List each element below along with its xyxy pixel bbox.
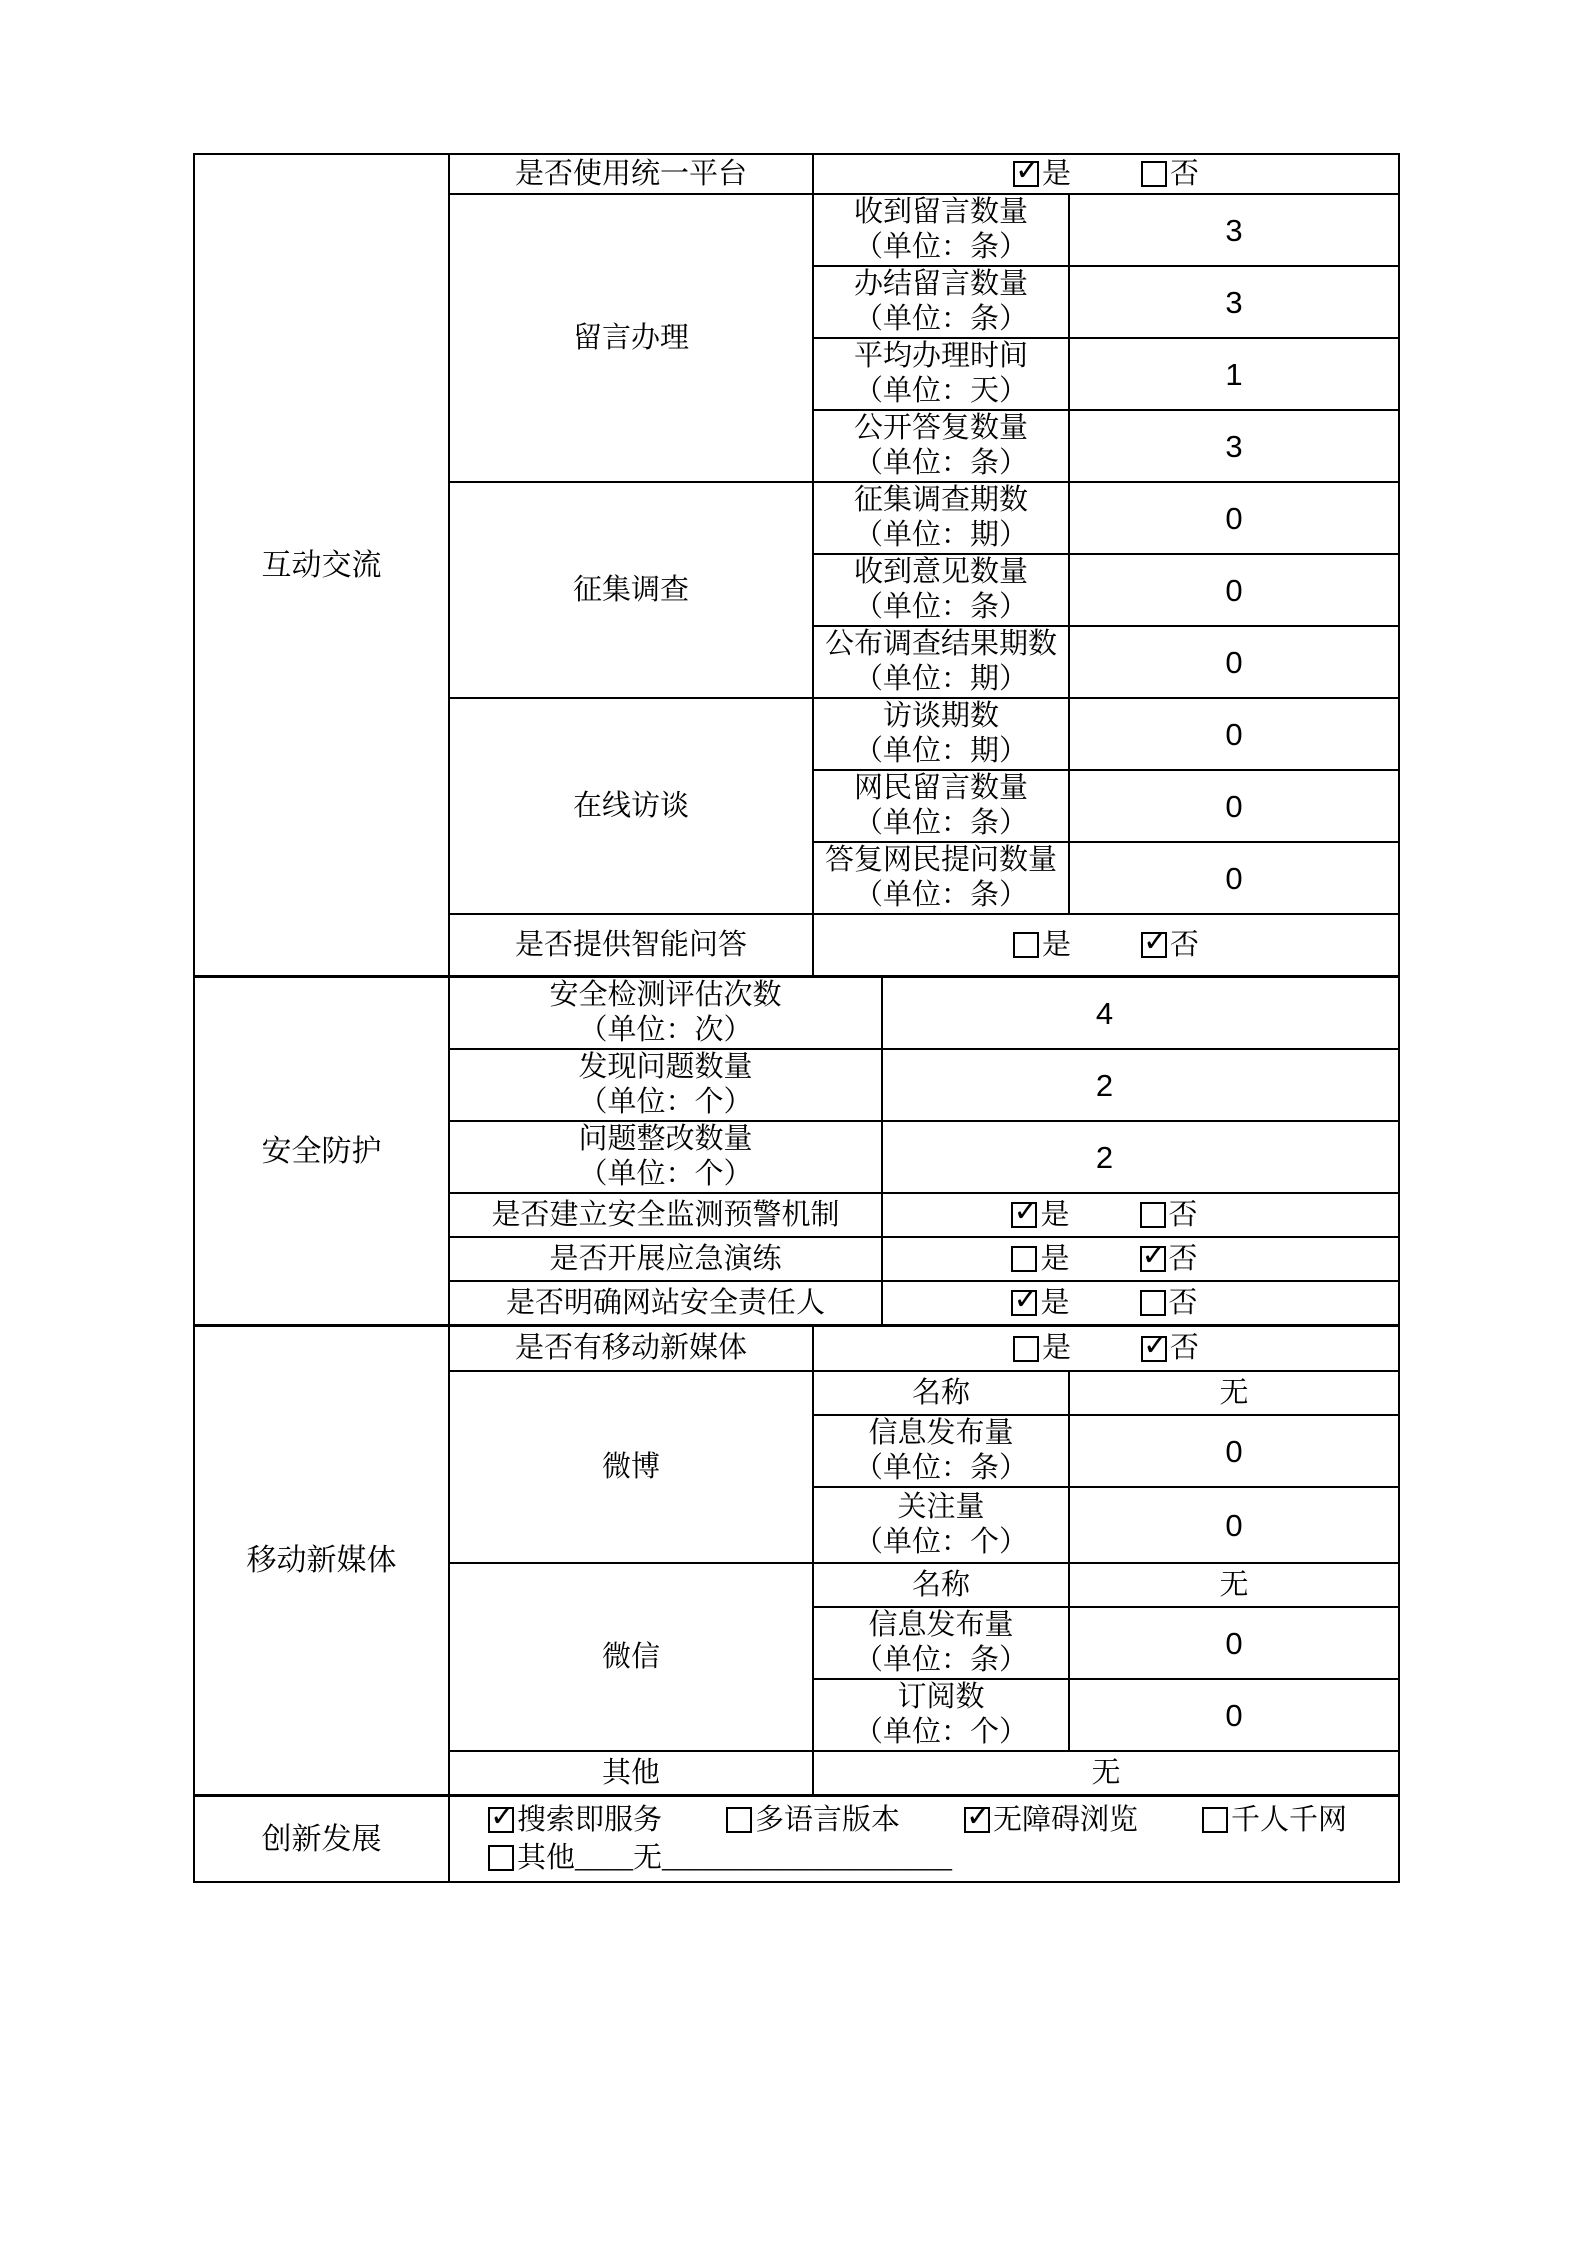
checkbox-cell: 是 否 [882,1237,1399,1281]
value-cell: 4 [882,977,1399,1049]
option-other: 其他 [488,1839,575,1877]
value-cell: 无 [1069,1563,1399,1607]
subcategory-cell-survey: 征集调查 [449,482,813,698]
metric-cell: 订阅数（单位：个） [813,1679,1069,1751]
value-cell: 1 [1069,338,1399,410]
question-label: 是否有移动新媒体 [449,1326,813,1371]
table-row: 互动交流 是否使用统一平台 是 否 [194,154,1399,194]
option-accessibility: 无障碍浏览 [964,1801,1138,1839]
metric-cell: 访谈期数（单位：期） [813,698,1069,770]
metric-cell: 平均办理时间（单位：天） [813,338,1069,410]
section-interaction: 互动交流 是否使用统一平台 是 否 留言办理 收到留言数量（单位：条） 3 办结… [193,153,1400,977]
value-cell: 0 [1069,1679,1399,1751]
no-option: 否 [1141,157,1199,192]
yes-option: 是 [1013,1331,1071,1366]
yes-checkbox-icon [1011,1246,1037,1272]
option-checkbox-icon [488,1845,514,1871]
value-cell: 0 [1069,482,1399,554]
value-cell: 2 [882,1121,1399,1193]
no-label: 否 [1169,1242,1198,1277]
question-label: 是否建立安全监测预警机制 [449,1193,882,1237]
question-label: 是否使用统一平台 [449,154,813,194]
innovation-options-cell: 搜索即服务 多语言版本 无障碍浏览 千人千网 其他____无__________… [449,1796,1399,1882]
checkbox-cell: 是 否 [882,1193,1399,1237]
checkbox-cell: 是 否 [813,914,1399,976]
no-option: 否 [1140,1286,1198,1321]
option-checkbox-icon [488,1807,514,1833]
yes-label: 是 [1042,928,1071,963]
yes-checkbox-icon [1013,1336,1039,1362]
table-row: 移动新媒体 是否有移动新媒体 是 否 [194,1326,1399,1371]
value-cell: 0 [1069,1487,1399,1563]
blank-line: ____________________ [662,1839,952,1877]
section-security: 安全防护 安全检测评估次数（单位：次） 4 发现问题数量（单位：个） 2 问题整… [193,976,1400,1326]
question-label: 是否开展应急演练 [449,1237,882,1281]
value-cell: 0 [1069,770,1399,842]
no-checkbox-icon [1140,1246,1166,1272]
value-cell: 0 [1069,842,1399,914]
yes-label: 是 [1040,1242,1069,1277]
table-row: 创新发展 搜索即服务 多语言版本 无障碍浏览 千人千网 其他____无_____… [194,1796,1399,1882]
subcategory-cell-wechat: 微信 [449,1563,813,1751]
question-label: 是否提供智能问答 [449,914,813,976]
metric-cell: 安全检测评估次数（单位：次） [449,977,882,1049]
section-mobile-media: 移动新媒体 是否有移动新媒体 是 否 微博 名称 无 信息发布量（单位：条） 0… [193,1325,1400,1796]
yes-label: 是 [1040,1198,1069,1233]
value-cell: 0 [1069,554,1399,626]
yes-label: 是 [1042,157,1071,192]
subcategory-cell-interview: 在线访谈 [449,698,813,914]
metric-cell: 发现问题数量（单位：个） [449,1049,882,1121]
category-cell-mobile-media: 移动新媒体 [194,1326,449,1795]
value-cell: 3 [1069,266,1399,338]
metric-cell: 关注量（单位：个） [813,1487,1069,1563]
yes-checkbox-icon [1011,1290,1037,1316]
metric-cell: 名称 [813,1371,1069,1415]
value-cell: 3 [1069,410,1399,482]
no-option: 否 [1141,1331,1199,1366]
option-personalized: 千人千网 [1202,1801,1347,1839]
option-checkbox-icon [964,1807,990,1833]
category-cell-security: 安全防护 [194,977,449,1325]
question-label: 其他 [449,1751,813,1795]
metric-cell: 答复网民提问数量（单位：条） [813,842,1069,914]
value-cell: 0 [1069,1607,1399,1679]
metric-cell: 收到留言数量（单位：条） [813,194,1069,266]
no-checkbox-icon [1141,1336,1167,1362]
other-fill-value: 无 [633,1839,662,1877]
value-cell: 0 [1069,626,1399,698]
value-cell: 0 [1069,698,1399,770]
value-cell: 0 [1069,1415,1399,1487]
value-cell: 无 [813,1751,1399,1795]
section-innovation: 创新发展 搜索即服务 多语言版本 无障碍浏览 千人千网 其他____无_____… [193,1795,1400,1883]
no-label: 否 [1170,1331,1199,1366]
no-checkbox-icon [1140,1202,1166,1228]
metric-cell: 收到意见数量（单位：条） [813,554,1069,626]
metric-cell: 公布调查结果期数（单位：期） [813,626,1069,698]
no-option: 否 [1140,1242,1198,1277]
metric-cell: 信息发布量（单位：条） [813,1415,1069,1487]
no-label: 否 [1169,1198,1198,1233]
no-label: 否 [1170,157,1199,192]
no-option: 否 [1141,928,1199,963]
no-option: 否 [1140,1198,1198,1233]
checkbox-cell: 是 否 [813,154,1399,194]
subcategory-cell-weibo: 微博 [449,1371,813,1563]
no-label: 否 [1170,928,1199,963]
innovation-other-row: 其他____无____________________ [488,1839,1398,1877]
metric-cell: 公开答复数量（单位：条） [813,410,1069,482]
question-label: 是否明确网站安全责任人 [449,1281,882,1325]
blank-line: ____ [575,1839,633,1877]
no-label: 否 [1169,1286,1198,1321]
yes-label: 是 [1040,1286,1069,1321]
metric-cell: 网民留言数量（单位：条） [813,770,1069,842]
value-cell: 2 [882,1049,1399,1121]
yes-checkbox-icon [1013,161,1039,187]
metric-cell: 征集调查期数（单位：期） [813,482,1069,554]
option-checkbox-icon [1202,1807,1228,1833]
metric-cell: 名称 [813,1563,1069,1607]
innovation-options-row: 搜索即服务 多语言版本 无障碍浏览 千人千网 [488,1801,1398,1839]
table-row: 安全防护 安全检测评估次数（单位：次） 4 [194,977,1399,1049]
metric-cell: 问题整改数量（单位：个） [449,1121,882,1193]
value-cell: 无 [1069,1371,1399,1415]
yes-option: 是 [1013,928,1071,963]
value-cell: 3 [1069,194,1399,266]
subcategory-cell-message-handling: 留言办理 [449,194,813,482]
yes-option: 是 [1011,1286,1069,1321]
option-checkbox-icon [726,1807,752,1833]
checkbox-cell: 是 否 [882,1281,1399,1325]
category-cell-interaction: 互动交流 [194,154,449,976]
yes-label: 是 [1042,1331,1071,1366]
checkbox-cell: 是 否 [813,1326,1399,1371]
yes-option: 是 [1011,1198,1069,1233]
option-search-service: 搜索即服务 [488,1801,662,1839]
report-table: 互动交流 是否使用统一平台 是 否 留言办理 收到留言数量（单位：条） 3 办结… [193,153,1398,1883]
yes-checkbox-icon [1013,932,1039,958]
category-cell-innovation: 创新发展 [194,1796,449,1882]
metric-cell: 办结留言数量（单位：条） [813,266,1069,338]
metric-cell: 信息发布量（单位：条） [813,1607,1069,1679]
yes-checkbox-icon [1011,1202,1037,1228]
yes-option: 是 [1013,157,1071,192]
yes-option: 是 [1011,1242,1069,1277]
no-checkbox-icon [1141,161,1167,187]
no-checkbox-icon [1141,932,1167,958]
no-checkbox-icon [1140,1290,1166,1316]
option-multilingual: 多语言版本 [726,1801,900,1839]
